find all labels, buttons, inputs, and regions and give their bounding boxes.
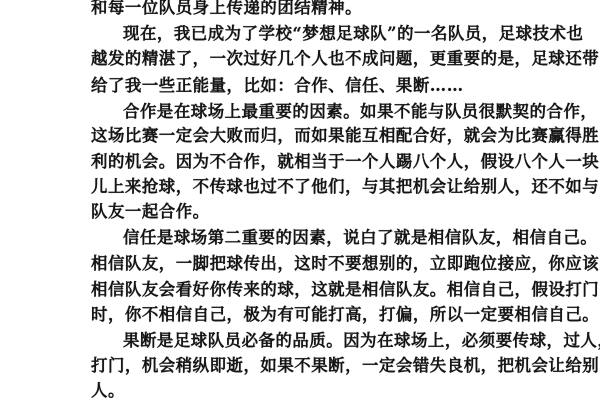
text-line: 人。 (91, 381, 513, 400)
text-line: 利的机会。因为不合作，就相当于一个人踢八个人，假设八个人一块 (91, 152, 513, 172)
text-line: 越发的精湛了，一次过好几个人也不成问题，更重要的是，足球还带 (91, 49, 513, 69)
paragraph-start-line: 果断是足球队员必备的品质。因为在球场上，必须要传球，过人， (123, 331, 513, 351)
text-line: 和每一位队员身上传递的团结精神。 (91, 0, 513, 18)
paragraph-start-line: 信任是球场第二重要的因素，说白了就是相信队友，相信自己。 (123, 228, 513, 248)
text-line: 队友一起合作。 (91, 202, 513, 222)
text-line: 这场比赛一定会大败而归，而如果能互相配合好，就会为比赛赢得胜 (91, 126, 513, 146)
text-line: 儿上来抢球，不传球也过不了他们，与其把机会让给别人，还不如与 (91, 177, 513, 197)
paragraph-start-line: 合作是在球场上最重要的因素。如果不能与队员很默契的合作， (123, 102, 513, 122)
text-line: 相信队友，一脚把球传出，这时不要想别的，立即跑位接应，你应该 (91, 254, 513, 274)
text-line: 相信队友会看好你传来的球，这就是相信队友。相信自己，假设打门 (91, 280, 513, 300)
paragraph-start-line: 现在，我已成为了学校“梦想足球队”的一名队员，足球技术也 (123, 24, 513, 44)
text-line: 打门，机会稍纵即逝，如果不果断，一定会错失良机，把机会让给别 (91, 356, 513, 376)
document-page: 和每一位队员身上传递的团结精神。 现在，我已成为了学校“梦想足球队”的一名队员，… (0, 0, 600, 400)
text-line: 时，你不相信自己，极为有可能打高，打偏，所以一定要相信自己。 (91, 305, 513, 325)
text-line: 给了我一些正能量，比如：合作、信任、果断…… (91, 76, 513, 96)
